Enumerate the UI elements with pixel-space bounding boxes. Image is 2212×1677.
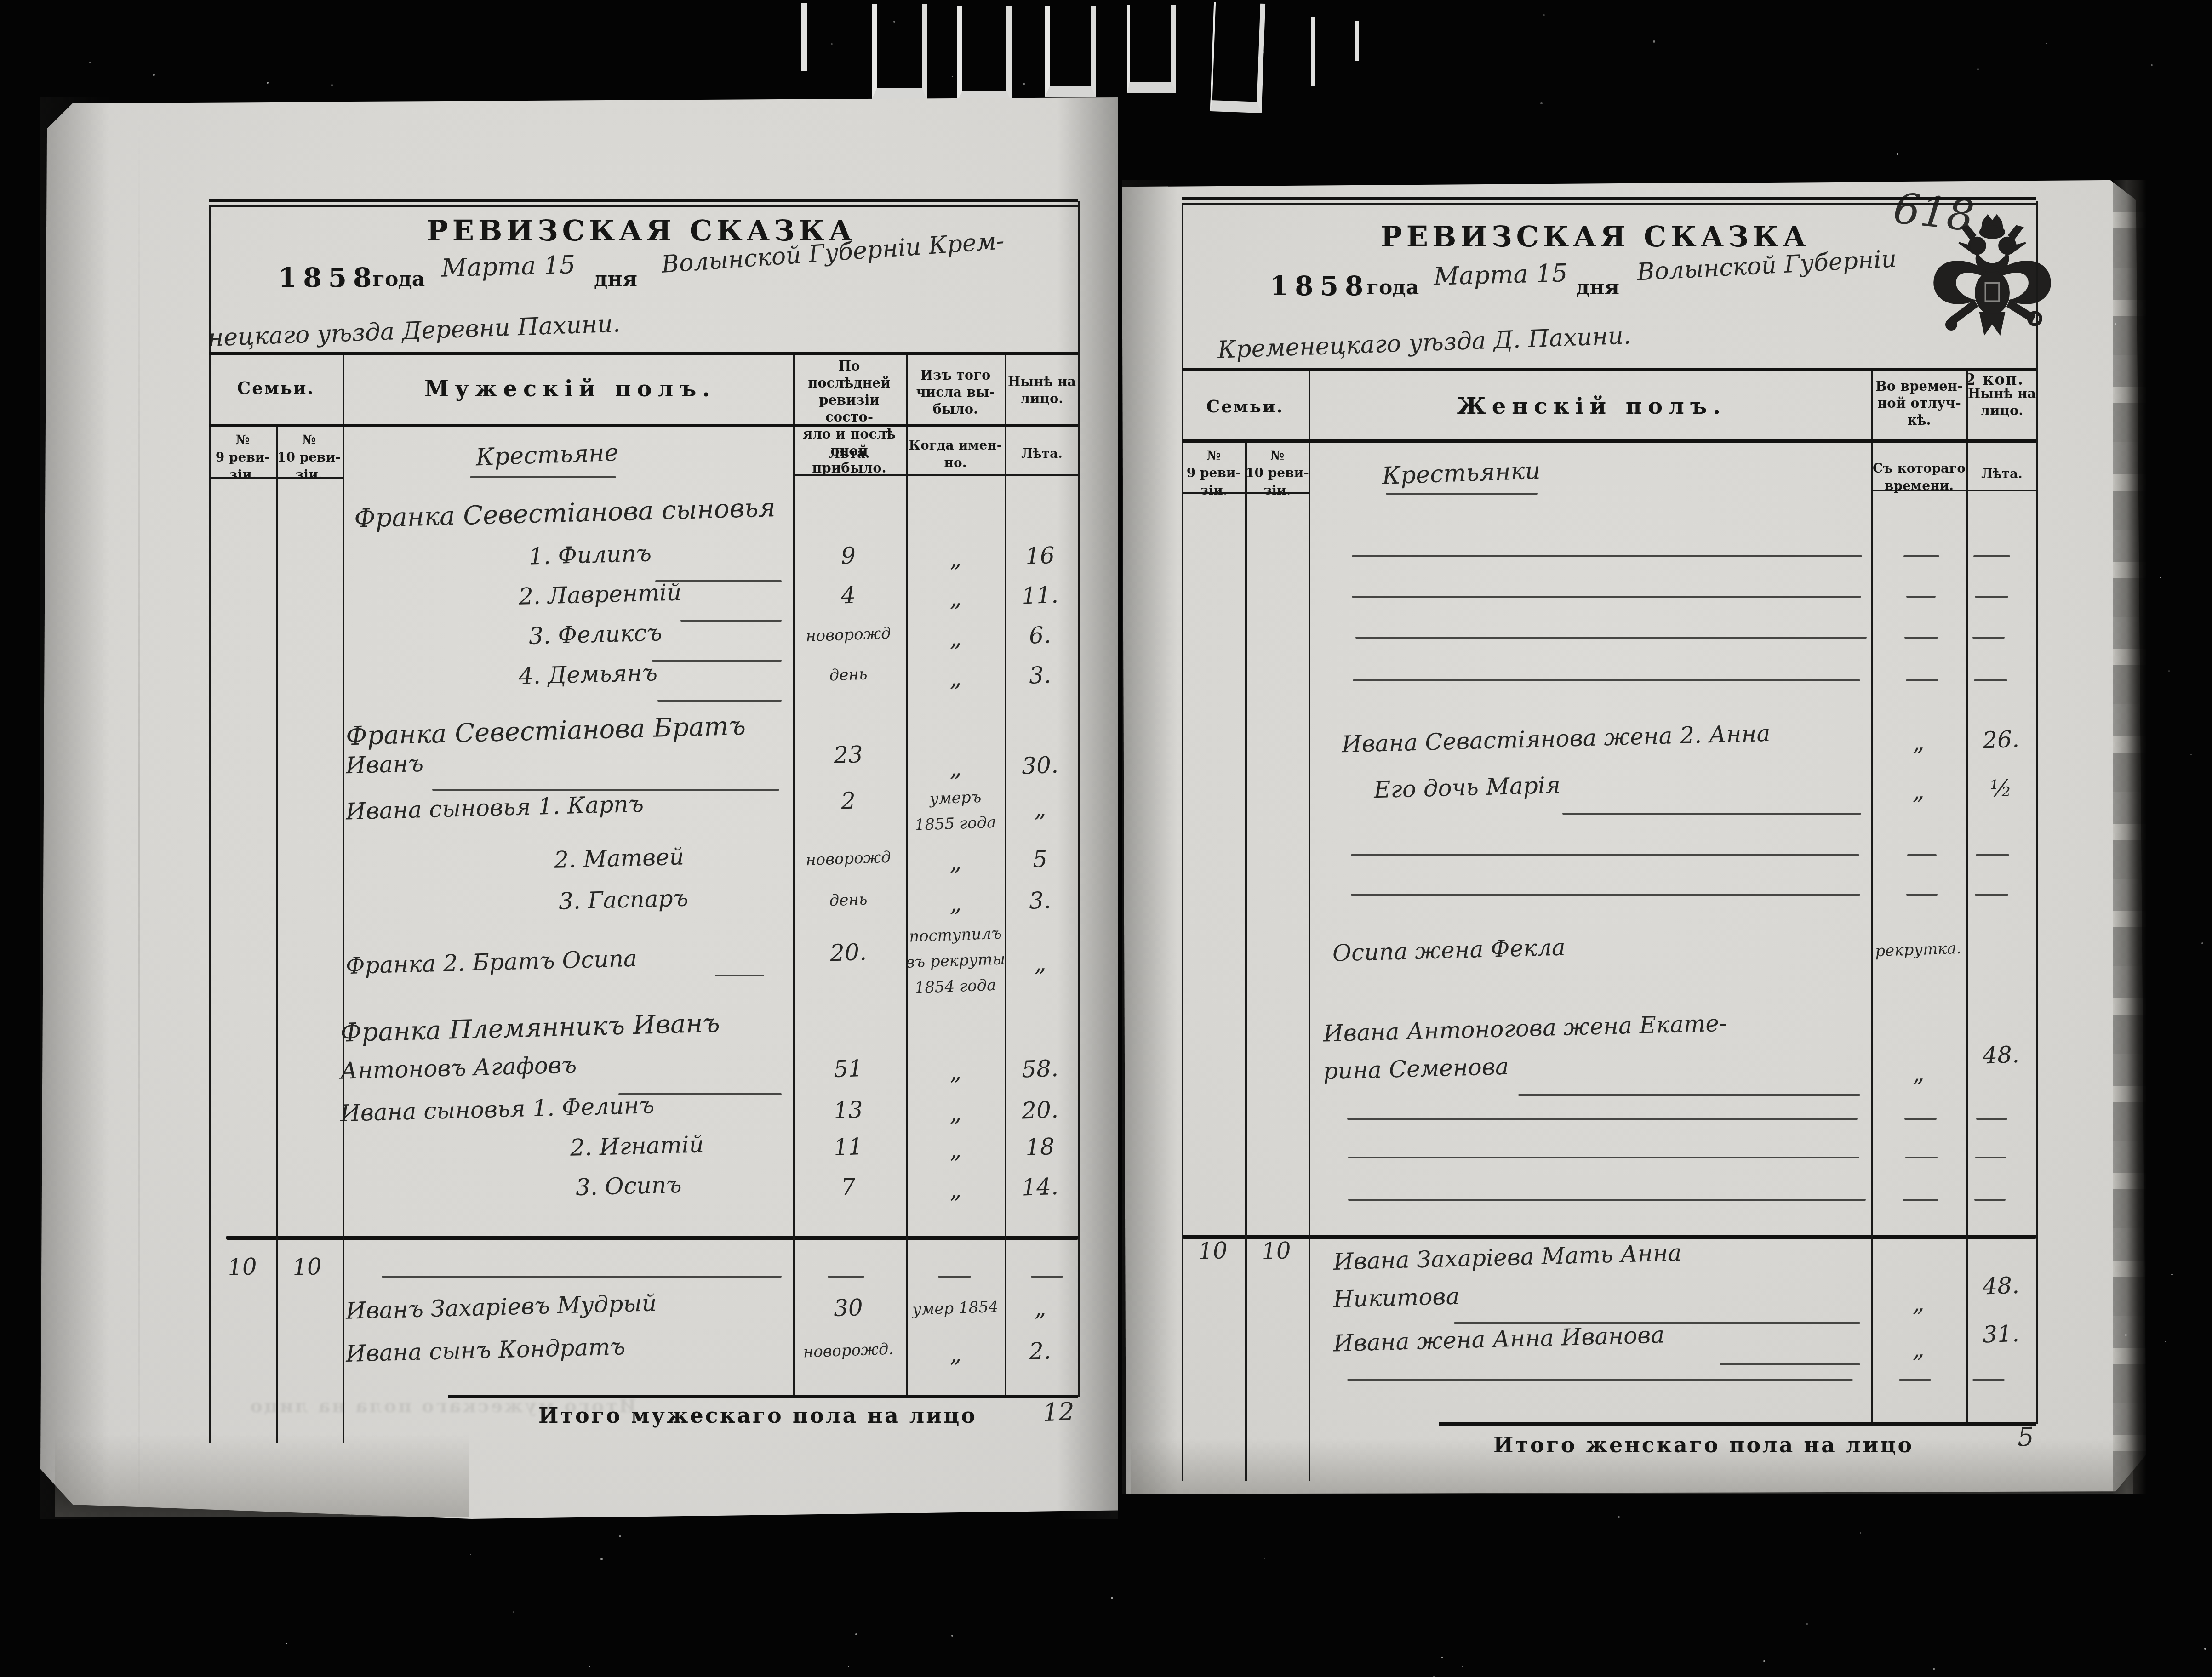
entry-departed-note: умеръ [929,788,982,808]
entry-ditto-mark: „ [949,585,962,612]
entry-departed-note: въ рекруты [905,950,1006,972]
dust-speck [1023,83,1025,85]
entry-name: 3. Осипъ [575,1171,682,1201]
left-col-present-sub: Лѣта. [1021,445,1063,462]
dust-speck [267,82,269,84]
left-col-sex: Мужескій полъ. [424,376,716,402]
right-table-vline [1309,369,1310,1481]
right-table-vline [1182,203,1183,1481]
right-table-hline [1182,439,2036,443]
dust-speck [1763,1660,1765,1662]
empty-cell-dash [1976,1118,2007,1120]
entry-age-now: 11. [1021,582,1059,610]
empty-cell-dash [1031,1276,1063,1278]
left-col-departed-sub: Когда имен-но. [907,437,1004,472]
entry-ditto-mark: „ [949,755,962,782]
left-table-hline [448,1395,1078,1398]
dust-speck [1860,1532,1862,1534]
dust-speck [1111,1597,1113,1599]
dust-speck [952,76,953,77]
dust-speck [2151,64,2153,66]
entry-age-last-revision: 2 [840,787,856,814]
entry-age-now: 48. [1982,1041,2020,1069]
family-no-10-revision: 10 [1261,1237,1292,1265]
left-table-hline [209,205,1078,207]
left-table-hline [209,424,1078,427]
entry-age-now: 20. [1021,1096,1059,1124]
film-mark-icon [1355,21,1359,61]
entry-age-now: 48. [1982,1272,2020,1300]
film-mark-icon [957,6,1012,102]
entry-age-now: 5 [1032,845,1048,873]
empty-row-rule [1355,637,1867,639]
entry-departed-note: рекрутка. [1875,939,1962,961]
empty-row-rule [1352,555,1862,557]
dust-speck [619,1535,621,1538]
dust-speck [2201,942,2203,944]
left-year-word: года [372,268,425,291]
entry-underline [1518,1094,1860,1096]
entry-age-last-revision: 51 [833,1055,863,1083]
empty-row-rule [382,1276,782,1278]
right-table-hline [1182,197,2036,200]
family-no-9-revision: 10 [227,1253,257,1281]
empty-cell-dash [1906,894,1938,896]
dust-speck [2160,577,2161,578]
entry-age-now: 3. [1029,662,1052,689]
empty-cell-dash [1905,1157,1938,1158]
dust-speck [1543,14,1544,16]
dust-speck [2165,1341,2166,1342]
entry-age-now: 26. [1982,726,2020,754]
right-col-sex: Женскій полъ. [1457,394,1727,419]
dust-speck [589,1666,590,1667]
left-table-vline [1005,353,1006,1397]
entry-underline [1720,1363,1860,1365]
entry-name: 3. Феликсъ [528,619,662,650]
dust-speck [2115,323,2117,325]
empty-row-rule [1348,1199,1866,1201]
dust-speck [470,1554,471,1555]
empty-cell-dash [1903,1199,1938,1201]
dust-speck [89,62,91,63]
dust-speck [1320,152,1320,153]
entry-age-last-revision: 7 [840,1173,856,1200]
dust-speck [1540,102,1542,104]
right-table-vline [1871,369,1873,1424]
entry-ditto-mark: „ [1912,1060,1925,1087]
left-date-hand: Марта 15 [441,250,576,283]
right-col-present-sub: Лѣта. [1981,465,2023,483]
entry-age-last-revision: 20. [829,939,867,967]
left-table-hline [209,199,1078,202]
empty-row-rule [1347,1118,1858,1120]
family-separator-line [1183,1235,2036,1239]
revision-list-scan: РЕВИЗСКАЯ СКАЗКА 1858 года Марта 15 дня … [0,0,2212,1677]
family-separator-line [226,1236,1078,1240]
empty-row-rule [1351,854,1859,856]
dust-speck [2171,1274,2172,1275]
entry-age-now: ½ [1989,775,2012,802]
entry-name: 1. Филипъ [528,540,652,570]
left-table-vline [343,353,344,1443]
empty-cell-dash [1972,1379,2005,1381]
entry-age-last-revision: новорожд [806,624,892,645]
dust-speck [286,1643,287,1644]
empty-cell-dash [1973,555,2010,557]
entry-age-last-revision: 30 [833,1294,863,1322]
entry-name: 2. Игнатій [570,1131,704,1161]
entry-departed-note: 1855 года [915,813,996,834]
dust-speck [2190,754,2191,755]
empty-cell-dash [1974,1199,2006,1201]
right-table-hline [1182,492,1309,494]
right-year-word: года [1366,276,1419,299]
right-table-hline [1182,368,2036,371]
film-mark-icon [801,3,807,71]
dust-speck [848,1666,849,1667]
dust-speck [1933,1668,1935,1670]
film-mark-icon [1127,5,1176,93]
left-table-vline [1078,201,1080,1397]
right-col-away-sub: Съ котораговремени. [1869,460,1970,495]
entry-ditto-mark: „ [1912,729,1925,756]
film-mark-icon [872,4,927,99]
dust-speck [2168,670,2170,672]
right-col-present: Нынѣ налицо. [1965,385,2039,419]
left-table-hline [793,474,1078,476]
entry-age-now: 6. [1029,622,1052,649]
entry-ditto-mark: „ [949,1100,962,1127]
empty-cell-dash [1899,1379,1931,1381]
entry-ditto-mark: „ [1912,778,1925,805]
right-col-away: Во времен-ной отлуч-кѣ. [1871,378,1967,429]
entry-age-last-revision: 13 [833,1096,863,1124]
page-fold-crease [138,115,140,1494]
empty-cell-dash [1907,854,1937,856]
right-col-family: Семьи. [1206,396,1284,416]
entry-ditto-mark: „ [949,625,962,652]
empty-row-rule [1348,1157,1859,1158]
entry-ditto-mark: „ [1912,1336,1925,1363]
empty-cell-dash [1975,596,2008,598]
entry-name-line2: Никитова [1333,1283,1460,1312]
dust-speck [600,1558,603,1560]
entry-name: 2. Лаврентій [518,579,682,610]
dust-speck [1897,153,1898,155]
entry-age-now: „ [1034,1295,1046,1322]
left-col-rev9: №9 реви-зіи. [211,431,275,484]
bleedthrough-text: Итого мужескаго пола на лицо [248,1395,636,1417]
entry-ditto-mark: „ [949,1340,962,1368]
empty-row-rule [1347,1379,1853,1381]
dust-speck [1462,1666,1463,1667]
entry-departed-note: умер 1854 [912,1298,999,1319]
entry-underline [680,620,782,622]
right-category-underline [1386,493,1538,495]
empty-row-rule [1353,679,1860,681]
entry-age-last-revision: 4 [840,582,856,609]
left-table-vline [793,353,795,1397]
entry-age-last-revision: новорожд. [803,1340,894,1362]
entry-departed-note: 1854 года [915,976,996,997]
dust-speck [926,1570,927,1571]
right-table-vline [2036,201,2038,1424]
entry-age-now: 3. [1029,887,1052,914]
film-mark-icon [1210,2,1265,113]
dust-speck [831,43,832,45]
entry-underline [657,700,782,702]
right-footer-value: 5 [2017,1422,2034,1453]
entry-name: 2. Матвей [554,843,684,873]
entry-ditto-mark: „ [949,890,962,917]
left-col-rev10: №10 реви-зіи. [277,431,341,484]
left-footer-value: 12 [1042,1397,1075,1427]
right-col-rev9: №9 реви-зіи. [1182,447,1246,499]
entry-underline [652,660,782,662]
right-table-vline [1245,440,1247,1481]
family-no-9-revision: 10 [1198,1237,1228,1265]
entry-ditto-mark: „ [949,849,962,876]
entry-departed-note: поступилъ [909,924,1002,946]
revenue-stamp-eagle-icon [1916,212,2068,364]
empty-cell-dash [1904,637,1938,639]
dust-speck [1441,1657,1443,1658]
entry-age-last-revision: 11 [833,1133,863,1161]
entry-ditto-mark: „ [949,1176,962,1204]
left-table-vline [209,205,211,1443]
entry-underline [432,789,779,791]
entry-ditto-mark: „ [949,1136,962,1164]
left-table-vline [276,425,278,1443]
right-table-hline [1182,203,2036,205]
entry-underline [715,975,764,976]
right-footer-label: Итого женскаго пола на лицо [1493,1432,1914,1457]
entry-age-now: 2. [1029,1337,1052,1365]
entry-age-now: 14. [1021,1173,1059,1201]
dust-speck [1263,51,1264,53]
film-mark-icon [1311,17,1315,86]
entry-ditto-mark: „ [949,1058,962,1085]
dust-speck [1806,1623,1808,1625]
right-day-word: дня [1576,276,1619,299]
entry-age-now: „ [1034,795,1046,822]
dust-speck [513,1611,514,1613]
left-col-family: Семьи. [237,378,315,398]
empty-cell-dash [1975,894,2008,896]
left-year: 1858 [278,262,378,293]
dust-speck [1977,68,1979,70]
right-year: 1858 [1270,270,1370,302]
left-day-word: дня [594,268,637,291]
right-date-hand: Марта 15 [1433,258,1568,291]
right-table-hline [1871,490,2036,491]
entry-name: Его дочь Марія [1373,772,1560,804]
entry-age-last-revision: 9 [840,542,856,569]
empty-cell-dash [1974,679,2007,681]
right-table-vline [1966,369,1968,1424]
entry-ditto-mark: „ [949,545,962,572]
right-page-title: РЕВИЗСКАЯ СКАЗКА [1381,220,1810,253]
left-col-departed: Изъ тогочисла вы-было. [907,367,1004,418]
right-category: Крестьянки [1382,457,1541,490]
left-table-hline [209,352,1078,355]
entry-name: 4. Демьянъ [518,659,657,690]
empty-cell-dash [1906,679,1938,681]
entry-underline [1562,813,1861,815]
empty-cell-dash [1975,1157,2006,1158]
entry-age-now: 18 [1025,1133,1055,1161]
empty-cell-dash [1904,1118,1937,1120]
dust-speck [1653,40,1655,43]
left-col-present: Нынѣ налицо. [1005,373,1079,407]
entry-age-now: „ [1034,950,1046,977]
entry-age-now: 30. [1021,752,1059,780]
empty-cell-dash [938,1276,971,1278]
entry-ditto-mark: „ [949,665,962,692]
entry-age-now: 58. [1021,1055,1059,1083]
entry-ditto-mark: „ [1912,1290,1925,1317]
left-col-last-revision-sub: Лѣта. [829,445,870,462]
entry-age-last-revision: новорожд [806,848,892,869]
left-table-hline [209,477,343,479]
empty-row-rule [1352,596,1861,598]
right-col-rev10: №10 реви-зіи. [1245,447,1309,499]
empty-cell-dash [1976,854,2009,856]
entry-age-now: 31. [1982,1320,2020,1348]
left-category: Крестьяне [475,439,619,472]
dust-speck [1618,1516,1620,1518]
empty-row-rule [1351,894,1860,896]
dust-speck [855,1633,857,1635]
left-category-underline [470,476,616,478]
entry-age-now: 16 [1025,542,1055,570]
entry-name-line2: рина Семенова [1323,1053,1509,1085]
entry-age-last-revision: 23 [833,741,863,769]
entry-age-last-revision: день [829,890,868,910]
entry-age-last-revision: день [829,665,868,685]
dust-speck [2046,43,2047,44]
film-mark-icon [1045,6,1096,97]
empty-cell-dash [1906,596,1936,598]
dust-speck [1264,1558,1265,1559]
family-no-10-revision: 10 [292,1253,322,1281]
left-table-vline [906,353,908,1397]
dust-speck [153,74,155,76]
empty-cell-dash [828,1276,864,1278]
right-table-hline [1439,1422,2036,1426]
entry-name: Иванъ [345,750,423,779]
empty-cell-dash [1903,555,1939,557]
empty-cell-dash [1972,637,2005,639]
entry-name: 3. Гаспаръ [558,884,688,914]
dust-speck [951,1635,953,1637]
dust-speck [331,84,333,86]
dust-speck [2204,1648,2206,1650]
